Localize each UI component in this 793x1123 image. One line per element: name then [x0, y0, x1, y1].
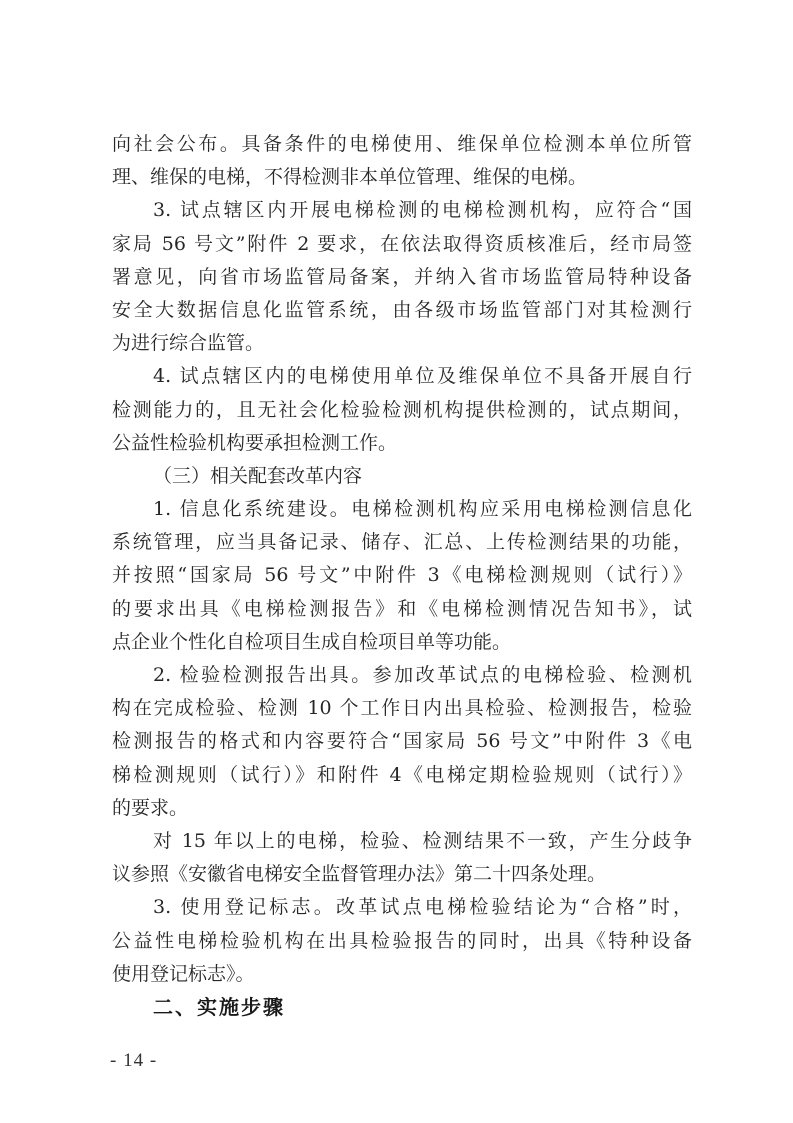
body-text: 向社会公布。具备条件的电梯使用、维保单位检测本单位所管 理、维保的电梯，不得检测… — [112, 128, 692, 991]
section-heading: 二、实施步骤 — [153, 991, 285, 1020]
text-line: 家局 56 号文”附件 2 要求，在依法取得资质核准后，经市局签 — [112, 228, 692, 261]
text-line: 点企业个性化自检项目生成自检项目单等功能。 — [112, 626, 692, 659]
text-line: 使用登记标志》。 — [112, 958, 692, 991]
document-page: 向社会公布。具备条件的电梯使用、维保单位检测本单位所管 理、维保的电梯，不得检测… — [0, 0, 793, 1123]
text-line: 署意见，向省市场监管局备案，并纳入省市场监管局特种设备 — [112, 261, 692, 294]
text-line: 3. 试点辖区内开展电梯检测的电梯检测机构，应符合“国 — [112, 194, 692, 227]
text-line: 并按照“国家局 56 号文”中附件 3《电梯检测规则（试行）》 — [112, 559, 692, 592]
text-line: 检测能力的，且无社会化检验检测机构提供检测的，试点期间， — [112, 394, 692, 427]
text-line: 4. 试点辖区内的电梯使用单位及维保单位不具备开展自行 — [112, 360, 692, 393]
text-line: 3. 使用登记标志。改革试点电梯检验结论为“合格”时， — [112, 891, 692, 924]
text-line: 公益性检验机构要承担检测工作。 — [112, 427, 692, 460]
text-line: 梯检测规则（试行）》和附件 4《电梯定期检验规则（试行）》 — [112, 759, 692, 792]
text-line: 议参照《安徽省电梯安全监督管理办法》第二十四条处理。 — [112, 858, 692, 891]
text-line: 安全大数据信息化监管系统，由各级市场监管部门对其检测行 — [112, 294, 692, 327]
text-line: 的要求。 — [112, 792, 692, 825]
text-line: 对 15 年以上的电梯，检验、检测结果不一致，产生分歧争 — [112, 825, 692, 858]
text-line: 检测报告的格式和内容要符合“国家局 56 号文”中附件 3《电 — [112, 725, 692, 758]
page-number: - 14 - — [110, 1050, 157, 1072]
text-line: 的要求出具《电梯检测报告》和《电梯检测情况告知书》，试 — [112, 593, 692, 626]
text-line: 1. 信息化系统建设。电梯检测机构应采用电梯检测信息化 — [112, 493, 692, 526]
text-line: 2. 检验检测报告出具。参加改革试点的电梯检验、检测机 — [112, 659, 692, 692]
subsection-heading: （三）相关配套改革内容 — [112, 460, 692, 493]
text-line: 向社会公布。具备条件的电梯使用、维保单位检测本单位所管 — [112, 128, 692, 161]
text-line: 构在完成检验、检测 10 个工作日内出具检验、检测报告，检验 — [112, 692, 692, 725]
text-line: 系统管理，应当具备记录、储存、汇总、上传检测结果的功能， — [112, 526, 692, 559]
text-line: 公益性电梯检验机构在出具检验报告的同时，出具《特种设备 — [112, 925, 692, 958]
text-line: 为进行综合监管。 — [112, 327, 692, 360]
text-line: 理、维保的电梯，不得检测非本单位管理、维保的电梯。 — [112, 161, 692, 194]
